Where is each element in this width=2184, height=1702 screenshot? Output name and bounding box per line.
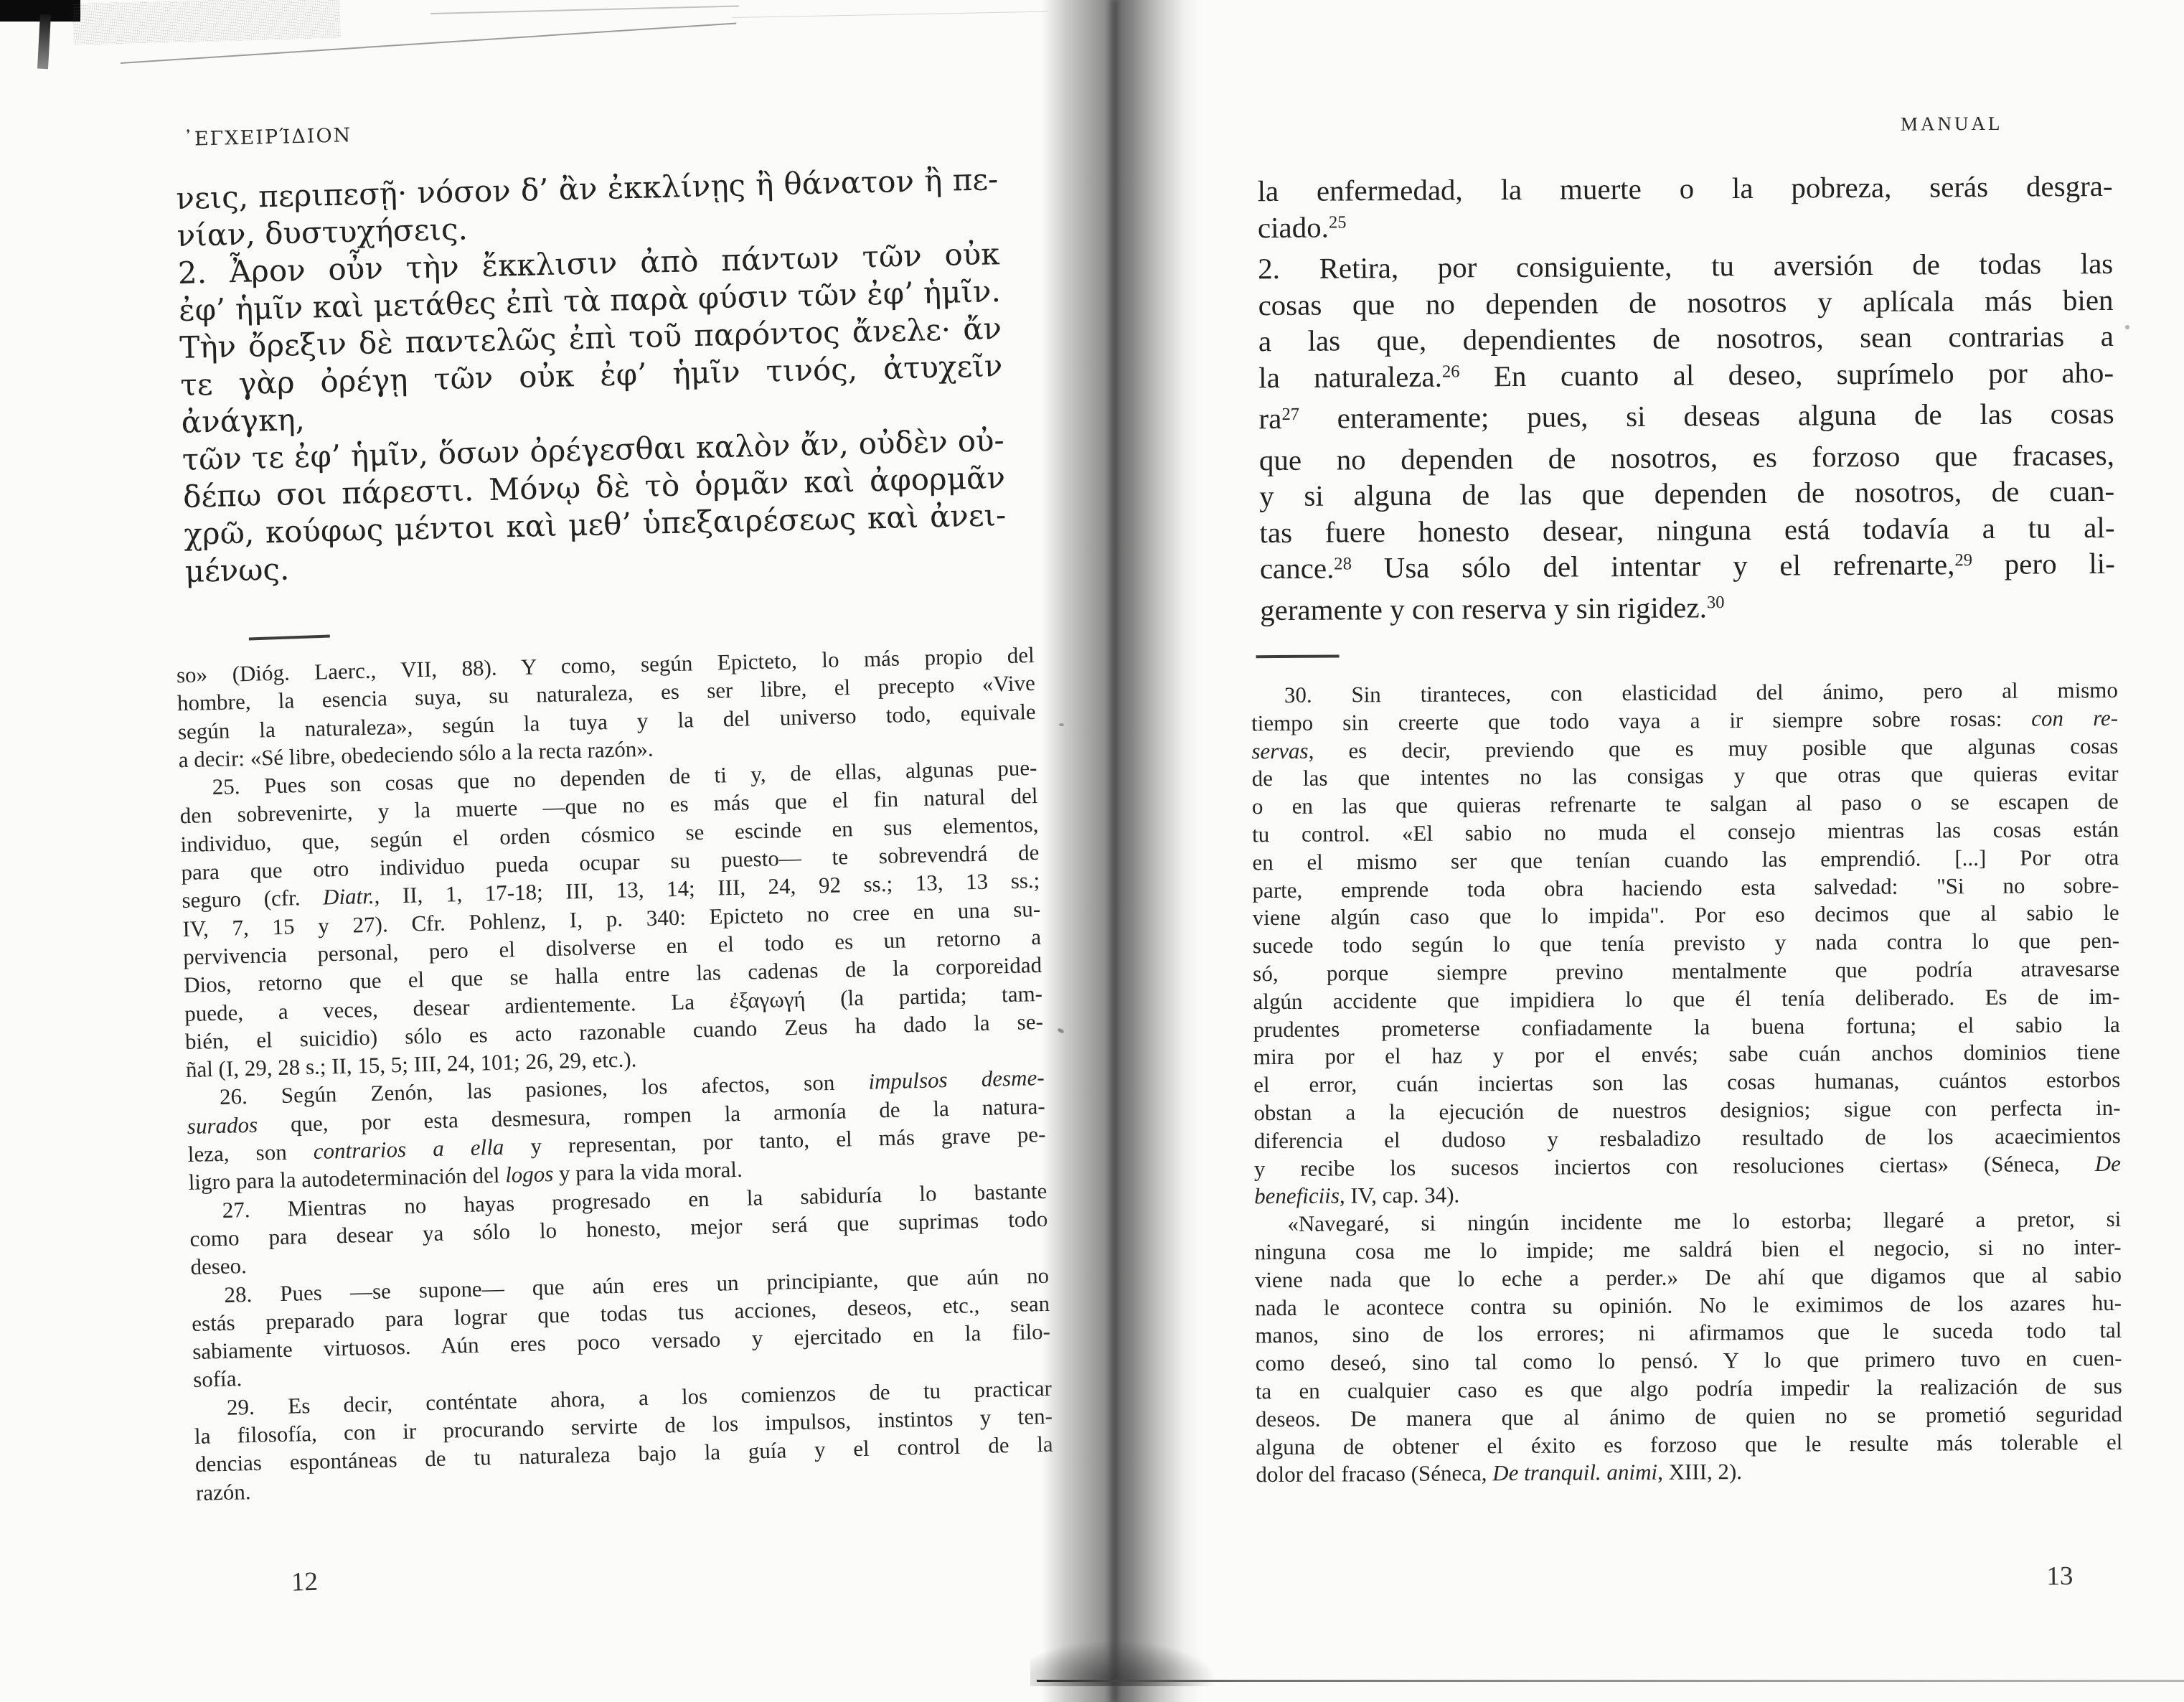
text-segment: , IV, cap. 34).	[1340, 1183, 1460, 1208]
text-segment: dolor del fracaso (Séneca,	[1256, 1460, 1492, 1487]
text-segment: leza, son	[187, 1139, 314, 1167]
text-segment: Diatr.	[323, 883, 375, 910]
right-page: MANUAL la enfermedad, la muerte o la pob…	[1143, 0, 2184, 1702]
text-segment: μένως.	[184, 551, 290, 588]
text-segment: la enfermedad, la muerte o la pobreza, s…	[1257, 169, 2112, 207]
text-segment: sofía.	[193, 1366, 243, 1393]
text-segment: enteramente; pues, si deseas alguna de l…	[1299, 397, 2114, 435]
text-segment: tu control. «El sabio no muda el consejo…	[1252, 817, 2119, 847]
text-segment: manos, sino de los errores; ni afirmamos…	[1255, 1317, 2122, 1348]
paragraph: 25. Pues son cosas que no dependen de ti…	[179, 753, 1044, 1083]
book-scan: ᾿ΕΓΧΕΙΡΊΔΙΟΝ νεις, περιπεσῇ· νόσον δ’ ἂν…	[0, 0, 2184, 1702]
text-segment: que no dependen de nosotros, es forzoso …	[1259, 438, 2114, 476]
text-segment: , es decir, previendo que es muy posible…	[1308, 733, 2118, 763]
scan-gutter-shadow-core	[1111, 0, 1118, 1702]
text-segment: ra	[1258, 402, 1281, 435]
scan-noise-band	[72, 0, 340, 45]
text-line: algún accidente que impidiera lo que él …	[1253, 983, 2119, 1016]
text-segment: ninguna cosa me lo impide; me saldrá bie…	[1255, 1234, 2122, 1264]
text-line: deseos. De manera que al ánimo de quien …	[1256, 1401, 2122, 1434]
left-page: ᾿ΕΓΧΕΙΡΊΔΙΟΝ νεις, περιπεσῇ· νόσον δ’ ἂν…	[0, 0, 1139, 1702]
text-segment: y si alguna de las que dependen de nosot…	[1259, 474, 2114, 512]
text-segment: «Navegaré, si ningún incidente me lo est…	[1287, 1206, 2121, 1236]
text-segment: en el mismo ser que tenían cuando las em…	[1252, 845, 2119, 875]
text-segment: viene algún caso que lo impida". Por eso…	[1253, 900, 2119, 930]
paragraph: 30. Sin tiranteces, con elasticidad del …	[1251, 677, 2121, 1211]
text-line: tiempo sin creerte que todo vaya a ir si…	[1251, 705, 2118, 738]
text-segment: razón.	[195, 1479, 250, 1505]
text-segment: deseo.	[190, 1253, 247, 1279]
text-segment: con re-	[2031, 705, 2118, 731]
paragraph: la enfermedad, la muerte o la pobreza, s…	[1257, 168, 2113, 250]
footnote-ref: 25	[1329, 213, 1347, 232]
left-running-head: ᾿ΕΓΧΕΙΡΊΔΙΟΝ	[183, 124, 352, 151]
text-line: y si alguna de las que dependen de nosot…	[1259, 473, 2114, 514]
text-segment: sucede todo según lo que tenía previsto …	[1253, 928, 2119, 958]
greek-text-block: νεις, περιπεσῇ· νόσον δ’ ἂν ἐκκλίνῃς ἢ θ…	[176, 161, 1007, 591]
scan-gutter-shadow	[1042, 0, 1203, 1702]
text-segment: el error, cuán inciertas son las cosas h…	[1253, 1067, 2120, 1097]
text-segment: tas fuere honesto desear, ninguna está t…	[1259, 510, 2114, 548]
text-segment: algún accidente que impidiera lo que él …	[1253, 984, 2119, 1014]
text-segment: logos	[505, 1161, 554, 1188]
text-segment: y para la vida moral.	[553, 1157, 743, 1186]
paragraph: «Navegaré, si ningún incidente me lo est…	[1254, 1205, 2122, 1489]
text-segment: pero li-	[1972, 547, 2115, 580]
footnote-ref: 26	[1442, 362, 1460, 382]
text-segment: diferencia el dudoso y resbaladizo resul…	[1254, 1123, 2121, 1153]
text-segment: impulsos desme-	[868, 1065, 1045, 1094]
text-segment: de las que intentes no las consigas y qu…	[1251, 761, 2118, 791]
text-line: cosas que no dependen de nosotros y aplí…	[1258, 281, 2113, 323]
text-segment: y recibe los sucesos inciertos con resol…	[1254, 1151, 2095, 1181]
footnote-ref: 29	[1954, 550, 1972, 570]
text-segment: De tranquil. animi	[1492, 1459, 1657, 1485]
text-line: viene nada que lo eche a perder.» De ahí…	[1255, 1261, 2122, 1294]
text-line: en el mismo ser que tenían cuando las em…	[1252, 844, 2119, 877]
text-line: geramente y con reserva y sin rigidez.30	[1260, 586, 2115, 633]
text-line: a las que, dependientes de nosotros, sea…	[1258, 318, 2114, 359]
text-segment: la naturaleza.	[1258, 359, 1442, 394]
text-segment: como deseó, sino tal como lo pensó. Y lo…	[1255, 1345, 2122, 1376]
text-segment: cance.	[1260, 552, 1335, 586]
text-line: 2. Retira, por consiguiente, tu aversión…	[1258, 245, 2113, 287]
left-footnote-separator	[249, 635, 330, 641]
text-line: ra27 enteramente; pues, si deseas alguna…	[1258, 395, 2114, 442]
right-page-number: 13	[2046, 1561, 2073, 1591]
text-line: dolor del fracaso (Séneca, De tranquil. …	[1256, 1456, 2122, 1489]
text-line: que no dependen de nosotros, es forzoso …	[1259, 436, 2114, 478]
paragraph: 29. Es decir, conténtate ahora, a los co…	[194, 1373, 1054, 1506]
text-segment: De	[2095, 1150, 2121, 1175]
text-line: y recibe los sucesos inciertos con resol…	[1254, 1149, 2121, 1183]
text-segment: mira por el haz y por el envés; sabe cuá…	[1253, 1039, 2120, 1069]
text-segment: deseos. De manera que al ánimo de quien …	[1256, 1401, 2122, 1431]
right-running-head: MANUAL	[1901, 113, 2003, 136]
left-footnotes-block: so» (Dióg. Laerc., VII, 88). Y como, seg…	[176, 641, 1054, 1507]
text-segment: 2. Retira, por consiguiente, tu aversión…	[1258, 247, 2113, 285]
text-segment: só, porque siempre previno mentalmente q…	[1253, 956, 2119, 986]
text-segment: servas	[1251, 738, 1308, 763]
text-segment: , XIII, 2).	[1657, 1459, 1742, 1485]
text-segment: beneficiis	[1254, 1183, 1340, 1209]
text-segment: surados	[187, 1111, 258, 1138]
text-segment: o en las que quieras refrenarte te salga…	[1252, 789, 2119, 819]
text-segment: ciado.	[1258, 210, 1329, 244]
text-segment: ta en cualquier caso es que algo podría …	[1256, 1373, 2122, 1404]
text-segment: prudentes prometerse confiadamente la bu…	[1253, 1011, 2120, 1041]
text-segment: 30. Sin tiranteces, con elasticidad del …	[1284, 677, 2118, 707]
scan-page-bottom-edge	[1037, 1680, 2184, 1682]
text-segment: tiempo sin creerte que todo vaya a ir si…	[1251, 705, 2031, 735]
text-segment: a las que, dependientes de nosotros, sea…	[1258, 319, 2114, 357]
text-segment: seguro (cfr.	[182, 885, 323, 913]
text-segment: nada le acontece contra su opinión. No l…	[1255, 1289, 2122, 1320]
left-page-number: 12	[291, 1566, 318, 1598]
text-segment: geramente y con reserva y sin rigidez.	[1260, 591, 1707, 626]
right-footnote-separator	[1256, 654, 1340, 658]
paragraph: so» (Dióg. Laerc., VII, 88). Y como, seg…	[176, 641, 1037, 774]
text-segment: cosas que no dependen de nosotros y aplí…	[1258, 283, 2113, 321]
text-segment: alguna de obtener el éxito es forzoso qu…	[1256, 1429, 2122, 1459]
footnote-ref: 27	[1281, 405, 1299, 424]
text-line: tas fuere honesto desear, ninguna está t…	[1259, 509, 2114, 550]
right-body-text-block: la enfermedad, la muerte o la pobreza, s…	[1257, 168, 2115, 633]
text-segment: Usa sólo del intentar y el refrenarte,	[1352, 547, 1955, 584]
paragraph: 2. Retira, por consiguiente, tu aversión…	[1258, 245, 2115, 633]
text-segment: viene nada que lo eche a perder.» De ahí…	[1255, 1262, 2122, 1292]
text-line: ciado.25	[1258, 204, 2113, 250]
text-line: cance.28 Usa sólo del intentar y el refr…	[1260, 545, 2115, 592]
footnote-ref: 28	[1334, 554, 1352, 573]
scan-dust-speck	[2125, 325, 2129, 329]
text-line: la naturaleza.26 En cuanto al deseo, sup…	[1258, 354, 2114, 400]
paragraph: 28. Pues —se supone— que aún eres un pri…	[191, 1261, 1051, 1393]
text-line: alguna de obtener el éxito es forzoso qu…	[1256, 1428, 2122, 1461]
text-segment: En cuanto al deseo, suprímelo por aho-	[1459, 355, 2114, 392]
scan-dust-speck	[1059, 723, 1064, 726]
paragraph: 26. Según Zenón, las pasiones, los afect…	[186, 1063, 1046, 1196]
text-segment: parte, emprende toda obra haciendo esta …	[1252, 872, 2119, 902]
text-segment: contrarios a ella	[313, 1134, 504, 1164]
text-segment: obstan a la ejecución de nuestros design…	[1253, 1095, 2120, 1125]
text-line: la enfermedad, la muerte o la pobreza, s…	[1257, 168, 2112, 210]
text-segment: νίαν, δυστυχήσεις.	[176, 211, 468, 253]
right-footnotes-block: 30. Sin tiranteces, con elasticidad del …	[1251, 677, 2123, 1489]
paragraph: 2. Ἆρον οὖν τὴν ἔκκλισιν ἀπὸ πάντων τῶν …	[177, 235, 1007, 591]
text-line: diferencia el dudoso y resbaladizo resul…	[1254, 1122, 2121, 1155]
footnote-ref: 30	[1707, 593, 1725, 612]
